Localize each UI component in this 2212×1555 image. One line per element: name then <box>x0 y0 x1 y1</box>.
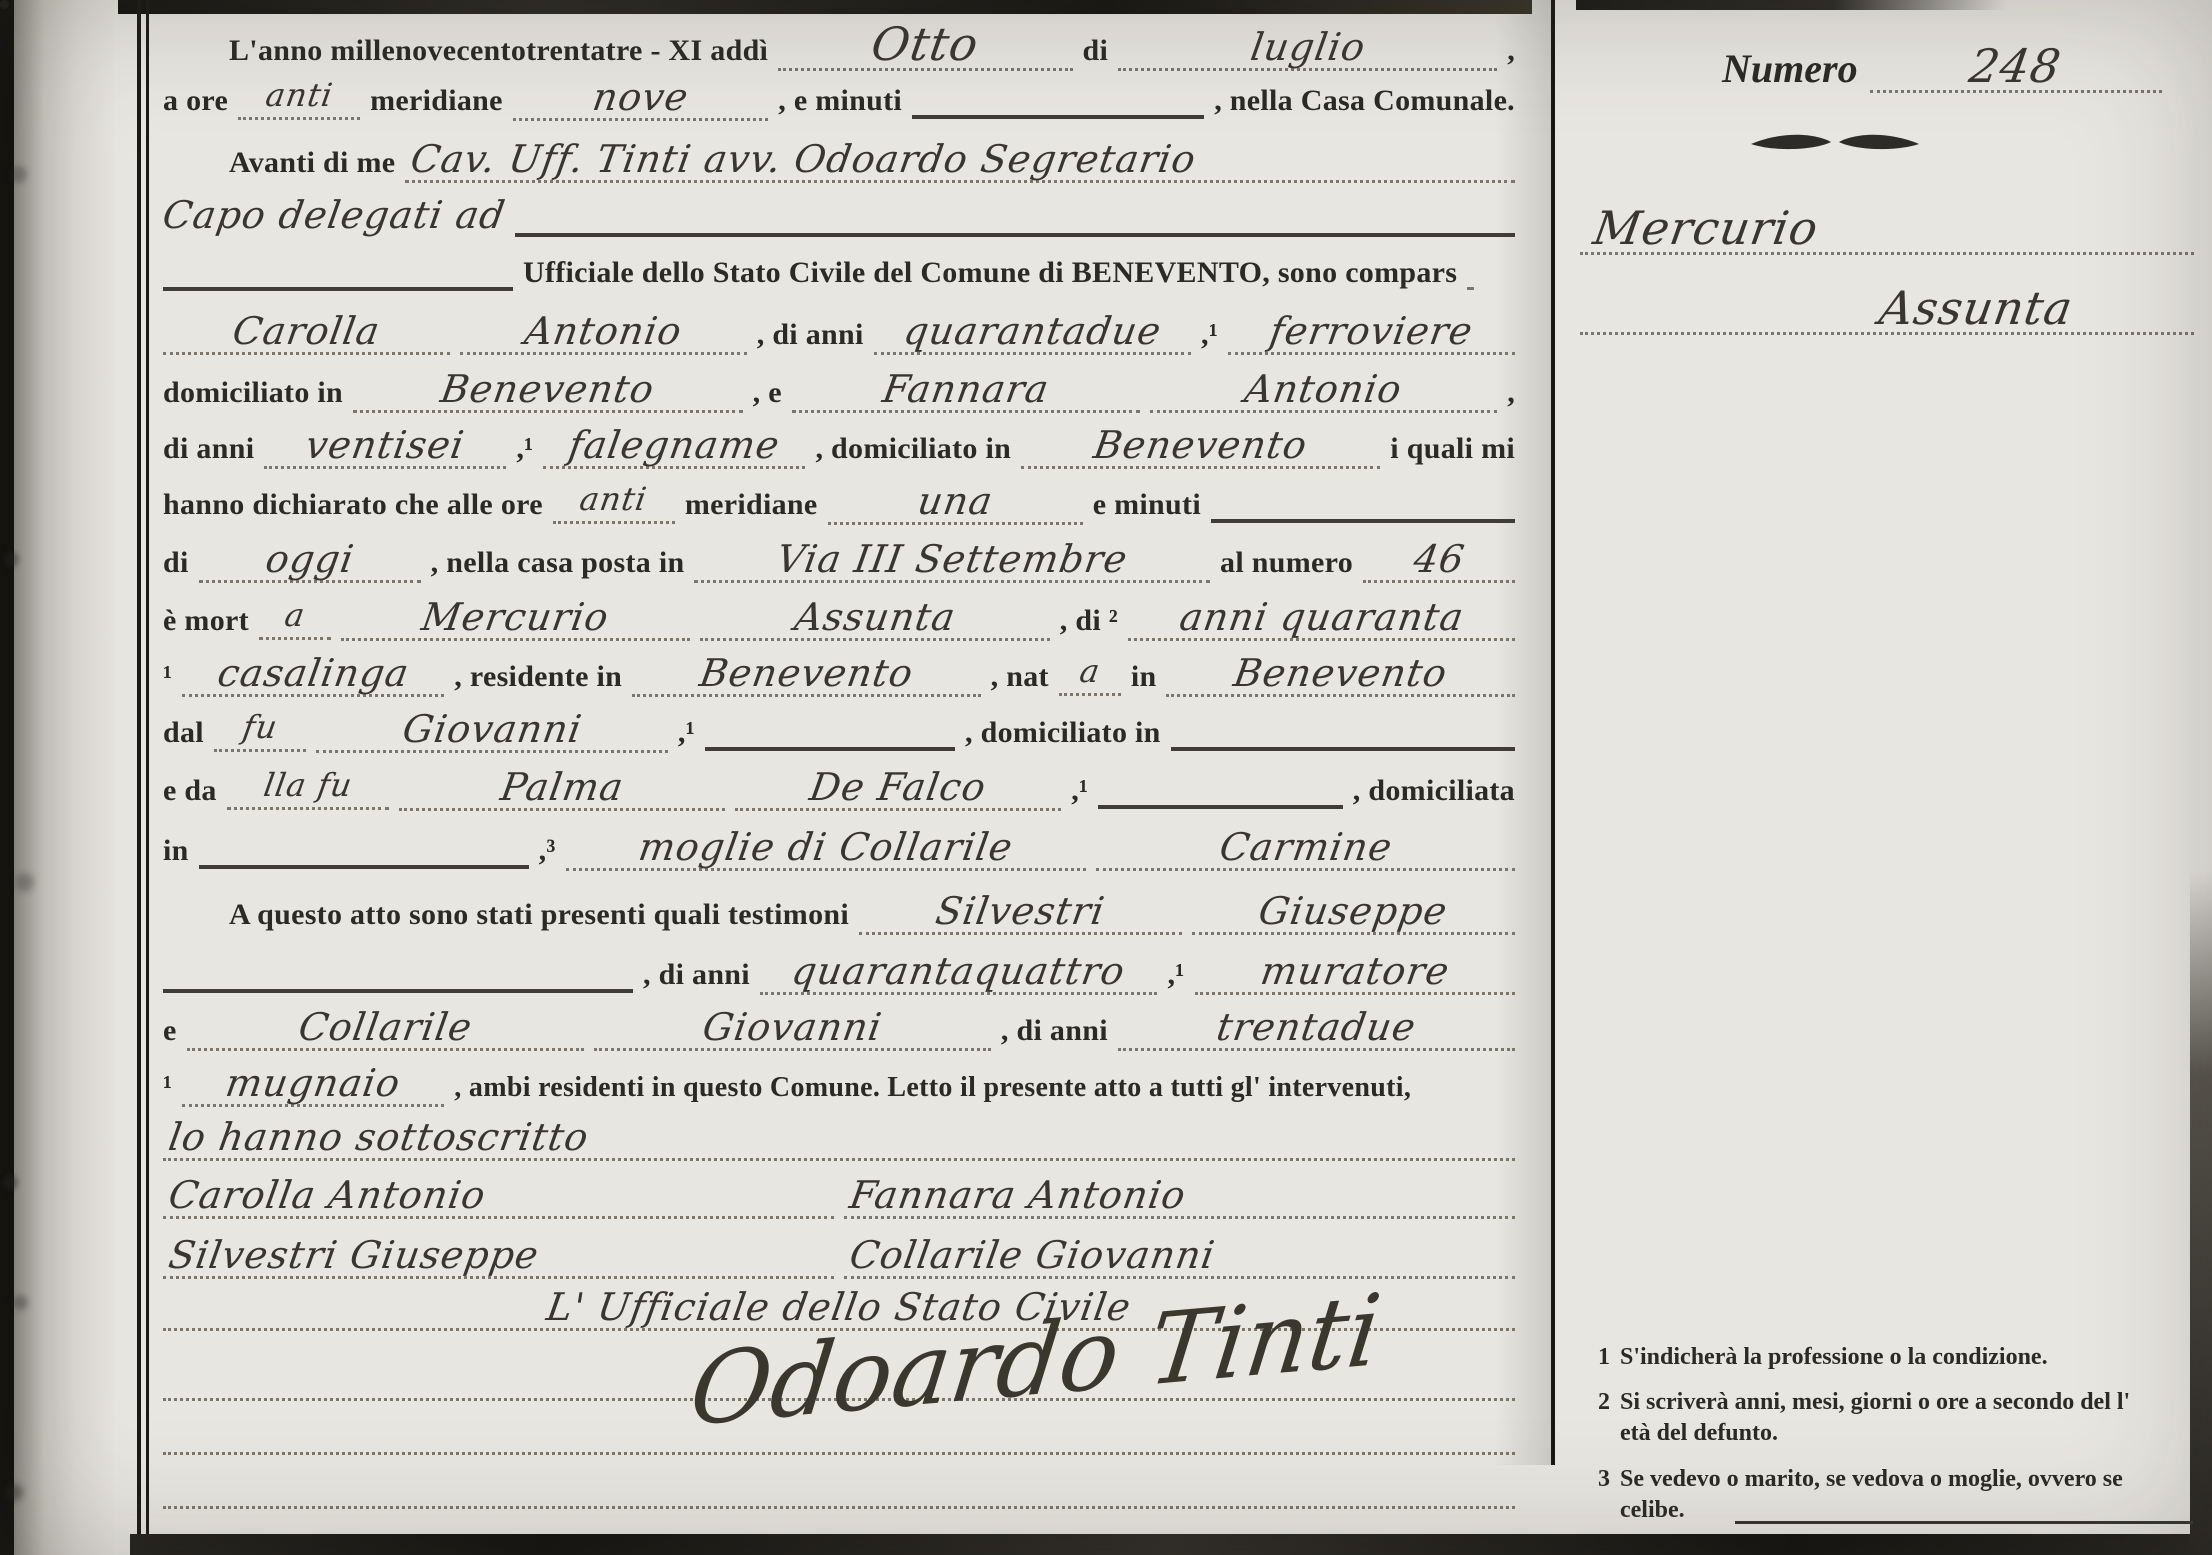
footnote-marker-1: ,¹ <box>1071 774 1088 807</box>
hw-declarant1-profession: ferroviere <box>1267 312 1476 352</box>
form-line-father: dal fu Giovanni ,¹ , domiciliato in <box>163 710 1515 753</box>
hw-fu: fu <box>240 711 280 745</box>
blank-day: Otto <box>778 20 1072 71</box>
blank-leading-dash <box>163 971 633 993</box>
blank-witness1-age: quarantaquattro <box>760 952 1158 995</box>
form-line-deceased-residence: ¹ casalinga , residente in Benevento , n… <box>163 654 1515 697</box>
blank-declarant1-age: quarantadue <box>874 312 1191 355</box>
footnotes: 1 S'indicherà la professione o la condiz… <box>1598 1342 2150 1526</box>
blank-deceased-residence: Benevento <box>632 654 981 697</box>
hw-witness2-surname: Collarile <box>296 1008 475 1048</box>
label-residente-in: , residente in <box>454 660 622 693</box>
blank-mother-domicile-dash <box>199 847 529 869</box>
footnote-number: 3 <box>1598 1464 1610 1526</box>
label-hanno-dichiarato: hanno dichiarato che alle ore <box>163 488 543 521</box>
scan-ink-spots <box>0 0 9 9</box>
hw-subscription: lo hanno sottoscritto <box>166 1118 592 1158</box>
label-e-mort: è mort <box>163 604 249 637</box>
hw-declarant2-age: ventisei <box>303 426 467 466</box>
margin-name-line-2: Assunta <box>1580 276 2194 335</box>
form-line-official: Avanti di me Cav. Uff. Tinti avv. Odoard… <box>163 140 1515 183</box>
numero-row: Numero 248 <box>1722 42 2162 93</box>
leading-dash <box>163 269 513 291</box>
blank-gender-suffix: a <box>259 603 331 640</box>
label-dal: dal <box>163 716 204 749</box>
label-e: , e <box>753 376 782 409</box>
hw-father-name: Giovanni <box>399 710 584 750</box>
blank-street: Via III Settembre <box>694 540 1210 583</box>
form-line-witness1-details: , di anni quarantaquattro ,¹ muratore <box>163 952 1515 995</box>
hw-anti: anti <box>263 79 335 113</box>
blank-meridiane-prefix: anti <box>553 487 675 524</box>
form-line-declarant2: domiciliato in Benevento , e Fannara Ant… <box>163 370 1515 413</box>
blank-declarant2-surname: Fannara <box>792 370 1140 413</box>
hw-oggi: oggi <box>263 540 357 580</box>
blank-witness2-profession: mugnaio <box>182 1064 444 1107</box>
hw-witness1-name: Giuseppe <box>1256 892 1450 932</box>
form-line-witness2: e Collarile Giovanni , di anni trentadue <box>163 1008 1515 1051</box>
blank-declarant2-profession: falegname <box>543 426 805 469</box>
footnote-marker-1: ,¹ <box>1201 318 1218 351</box>
blank-fu: fu <box>214 715 306 752</box>
hw-street: Via III Settembre <box>774 540 1131 580</box>
label-a-ore: a ore <box>163 84 228 117</box>
label-ufficiale-stato-civile: Ufficiale dello Stato Civile del Comune … <box>523 256 1457 289</box>
form-line-deceased: è mort a Mercurio Assunta , di ² anni qu… <box>163 598 1515 641</box>
footnote-text: Si scriverà anni, mesi, giorni o ore a s… <box>1620 1387 2150 1449</box>
empty-ruled-line <box>163 1452 1515 1455</box>
footnote-2: 2 Si scriverà anni, mesi, giorni o ore a… <box>1598 1387 2150 1449</box>
hw-house-number: 46 <box>1411 540 1468 580</box>
hw-declarant2-profession: falegname <box>566 426 783 466</box>
label-domiciliata: , domiciliata <box>1353 774 1515 807</box>
footnote-marker-1: ,¹ <box>516 432 533 465</box>
hw-witness2-name: Giovanni <box>700 1008 885 1048</box>
label-in: in <box>1131 660 1157 693</box>
hw-signature-declarant2: Fannara Antonio <box>847 1176 1189 1216</box>
form-line-mother: e da lla fu Palma De Falco ,¹ , domicili… <box>163 768 1515 811</box>
label-di-footnote-2: , di ² <box>1060 604 1118 637</box>
label-al-numero: al numero <box>1220 546 1353 579</box>
blank-declarant1-surname: Carolla <box>163 312 450 355</box>
blank-witness1-name: Giuseppe <box>1192 892 1515 935</box>
hw-declarant2-domicile: Benevento <box>1091 426 1310 466</box>
footnote-marker-1: ¹ <box>163 660 172 693</box>
death-record-page: { "colors": { "paper": "#e8e6e1", "ink_p… <box>0 0 2212 1555</box>
delegation-dash <box>515 215 1515 237</box>
blank-father-domicile-dash <box>1171 729 1515 751</box>
label-casa-comunale: , nella Casa Comunale. <box>1214 84 1515 117</box>
frame-top-border <box>118 0 1532 14</box>
blank-death-day: oggi <box>199 540 421 583</box>
blank-meridiane-prefix: anti <box>238 83 360 120</box>
label-domiciliato-in: domiciliato in <box>163 376 343 409</box>
blank-witness2-name: Giovanni <box>594 1008 991 1051</box>
blank-declarant2-domicile: Benevento <box>1021 426 1380 469</box>
blank-birthplace: Benevento <box>1166 654 1515 697</box>
frame-left-border-inner <box>146 0 149 1534</box>
signature-witness1: Silvestri Giuseppe <box>163 1236 834 1279</box>
blank-father-name: Giovanni <box>316 710 668 753</box>
signature-declarant2: Fannara Antonio <box>844 1176 1515 1219</box>
signature-row-2: Silvestri Giuseppe Collarile Giovanni <box>163 1236 1515 1279</box>
hw-witness2-profession: mugnaio <box>223 1064 403 1104</box>
hw-witness2-age: trentadue <box>1214 1008 1419 1048</box>
blank-deceased-profession: casalinga <box>182 654 444 697</box>
hw-deceased-name: Assunta <box>792 598 959 638</box>
label-testimoni: A questo atto sono stati presenti quali … <box>229 898 849 931</box>
hw-deceased-profession: casalinga <box>215 654 412 694</box>
hw-husband-name: Carmine <box>1216 828 1394 868</box>
flourish-ornament <box>1745 122 1925 158</box>
footnote-3: 3 Se vedevo o marito, se vedova o moglie… <box>1598 1464 2150 1526</box>
label-nella-casa: , nella casa posta in <box>431 546 685 579</box>
hw-gender-suffix: a <box>282 599 307 633</box>
label-ambi-residenti: , ambi residenti in questo Comune. Letto… <box>454 1073 1411 1104</box>
blank-declarant1-name: Antonio <box>460 312 747 355</box>
label-i-quali-mi: i quali mi <box>1390 432 1515 465</box>
label-e: e <box>163 1014 177 1047</box>
hw-deceased-age: anni quaranta <box>1177 598 1467 638</box>
form-line-death-place: di oggi , nella casa posta in Via III Se… <box>163 540 1515 583</box>
label-e-minuti: , e minuti <box>778 84 902 117</box>
hw-death-hour: una <box>915 482 996 522</box>
footnote-1: 1 S'indicherà la professione o la condiz… <box>1598 1342 2150 1373</box>
form-line-closing: ¹ mugnaio , ambi residenti in questo Com… <box>163 1064 1515 1107</box>
hw-numero-value: 248 <box>1967 42 2065 90</box>
blank-declarant1-profession: ferroviere <box>1228 312 1515 355</box>
blank-gender-suffix: a <box>1059 659 1121 696</box>
hw-deceased-surname: Mercurio <box>419 598 612 638</box>
blank-declarant1-domicile: Benevento <box>353 370 743 413</box>
signature-row-1: Carolla Antonio Fannara Antonio <box>163 1176 1515 1219</box>
blank-declarant2-age: ventisei <box>264 426 506 469</box>
hw-declarant1-domicile: Benevento <box>438 370 657 410</box>
margin-name-line-1: Mercurio <box>1580 196 2194 255</box>
form-line-subscription: lo hanno sottoscritto <box>163 1118 1515 1161</box>
blank-numero: 248 <box>1870 42 2162 93</box>
form-line-hour: a ore anti meridiane nove , e minuti , n… <box>163 78 1515 121</box>
form-line-witness1: A questo atto sono stati presenti quali … <box>163 892 1515 935</box>
blank-witness2-surname: Collarile <box>187 1008 584 1051</box>
blank-deceased-name: Assunta <box>700 598 1049 641</box>
scan-left-edge <box>0 0 14 1555</box>
footnote-number: 2 <box>1598 1387 1610 1449</box>
form-line-declarant2-details: di anni ventisei ,¹ falegname , domicili… <box>163 426 1515 469</box>
blank-deceased-age: anni quaranta <box>1128 598 1515 641</box>
hw-marital-status: moglie di Collarile <box>636 828 1016 868</box>
hw-witness1-profession: muratore <box>1258 952 1452 992</box>
hw-signature-witness1: Silvestri Giuseppe <box>166 1236 542 1276</box>
trailing-dots <box>1467 269 1474 290</box>
hw-declarant2-name: Antonio <box>1242 370 1405 410</box>
hw-deceased-residence: Benevento <box>697 654 916 694</box>
label-e-da: e da <box>163 774 217 807</box>
hw-month: luglio <box>1247 28 1367 68</box>
blank-declarant2-name: Antonio <box>1150 370 1498 413</box>
label-di-anni: , di anni <box>643 958 750 991</box>
blank-husband-name: Carmine <box>1096 828 1515 871</box>
paragraph-indent <box>163 911 219 929</box>
blank-minutes-dash <box>912 97 1204 119</box>
blank-mother-name: Palma <box>399 768 725 811</box>
label-meridiane: meridiane <box>370 84 503 117</box>
footnote-marker-1: ,¹ <box>1167 958 1184 991</box>
scan-right-edge <box>2190 870 2212 1555</box>
footnote-marker-3: ,³ <box>539 834 556 867</box>
blank-month: luglio <box>1118 28 1497 71</box>
label-in: in <box>163 834 189 867</box>
hw-lla-fu: lla fu <box>261 769 354 803</box>
hw-capo-delegati: Capo delegati ad <box>160 196 508 236</box>
blank-deceased-surname: Mercurio <box>341 598 690 641</box>
blank-minutes-dash <box>1211 501 1515 523</box>
label-e-minuti: e minuti <box>1093 488 1201 521</box>
form-line-declarant1: Carolla Antonio , di anni quarantadue ,¹… <box>163 312 1515 355</box>
numero-label: Numero <box>1722 49 1858 89</box>
hw-anti: anti <box>578 483 650 517</box>
label-domiciliato-in: , domiciliato in <box>965 716 1161 749</box>
label-di-anni: , di anni <box>1001 1014 1108 1047</box>
label-di-anni: , di anni <box>757 318 864 351</box>
label-domiciliato-in: , domiciliato in <box>815 432 1011 465</box>
comma: , <box>1507 376 1515 409</box>
page-gutter-line <box>1551 0 1555 1465</box>
hw-margin-surname: Mercurio <box>1590 204 1822 252</box>
hw-declarant1-surname: Carolla <box>230 312 383 352</box>
form-line-ufficiale: Ufficiale dello Stato Civile del Comune … <box>163 256 1515 291</box>
label-di: di <box>163 546 189 579</box>
blank-mother-profession-dash <box>1098 787 1342 809</box>
footnote-marker-1: ¹ <box>163 1070 172 1103</box>
hw-signature-declarant1: Carolla Antonio <box>166 1176 489 1216</box>
form-line-year: L'anno millenovecentotrentatre - XI addì… <box>163 20 1515 71</box>
hw-declarant2-surname: Fannara <box>880 370 1052 410</box>
form-line-marital-status: in ,³ moglie di Collarile Carmine <box>163 828 1515 871</box>
label-avanti-di-me: Avanti di me <box>229 146 395 179</box>
label-di-anni: di anni <box>163 432 254 465</box>
hw-declarant1-name: Antonio <box>522 312 685 352</box>
blank-death-hour: una <box>828 482 1083 525</box>
blank-house-number: 46 <box>1363 540 1515 583</box>
blank-witness1-profession: muratore <box>1195 952 1515 995</box>
hw-day: Otto <box>868 20 982 68</box>
label-nat: , nat <box>991 660 1049 693</box>
frame-top-border-right-page <box>1576 0 2006 10</box>
scan-left-gradient <box>14 0 114 1555</box>
comma: , <box>1507 34 1515 67</box>
form-line-declaration-time: hanno dichiarato che alle ore anti merid… <box>163 482 1515 525</box>
hw-mother-name: Palma <box>497 768 626 808</box>
blank-subscription: lo hanno sottoscritto <box>163 1118 1515 1161</box>
signature-witness2: Collarile Giovanni <box>844 1236 1515 1279</box>
hw-signature-witness2: Collarile Giovanni <box>847 1236 1218 1276</box>
hw-declarant1-age: quarantadue <box>901 312 1164 352</box>
hw-mother-surname: De Falco <box>807 768 989 808</box>
hw-birthplace: Benevento <box>1231 654 1450 694</box>
frame-left-border-outer <box>137 0 141 1534</box>
hw-witness1-age: quarantaquattro <box>789 952 1128 992</box>
hw-gender-suffix: a <box>1077 655 1102 689</box>
blank-lla-fu: lla fu <box>227 773 389 810</box>
hw-hour: nove <box>590 78 692 118</box>
footnote-marker-1: ,¹ <box>678 716 695 749</box>
blank-marital-status: moglie di Collarile <box>566 828 1086 871</box>
blank-official-name: Cav. Uff. Tinti avv. Odoardo Segretario <box>405 140 1515 183</box>
blank-father-profession-dash <box>705 729 955 751</box>
hw-witness1-surname: Silvestri <box>933 892 1108 932</box>
label-meridiane: meridiane <box>685 488 818 521</box>
blank-mother-surname: De Falco <box>735 768 1061 811</box>
empty-ruled-line <box>163 1506 1515 1509</box>
frame-bottom-border <box>130 1534 2212 1555</box>
blank-hour: nove <box>513 78 768 121</box>
footnote-text: S'indicherà la professione o la condizio… <box>1620 1342 2150 1373</box>
footnote-text: Se vedevo o marito, se vedova o moglie, … <box>1620 1464 2150 1526</box>
form-line-delegation: Capo delegati ad <box>163 196 1515 237</box>
signature-declarant1: Carolla Antonio <box>163 1176 834 1219</box>
paragraph-indent <box>163 159 219 177</box>
label-di: di <box>1083 34 1109 67</box>
footnote-number: 1 <box>1598 1342 1610 1373</box>
blank-witness1-surname: Silvestri <box>859 892 1182 935</box>
label-year: L'anno millenovecentotrentatre - XI addì <box>229 34 768 67</box>
hw-official-name: Cav. Uff. Tinti avv. Odoardo Segretario <box>408 140 1199 180</box>
hw-margin-name: Assunta <box>1876 284 2076 332</box>
blank-witness2-age: trentadue <box>1118 1008 1515 1051</box>
paragraph-indent <box>163 47 219 65</box>
